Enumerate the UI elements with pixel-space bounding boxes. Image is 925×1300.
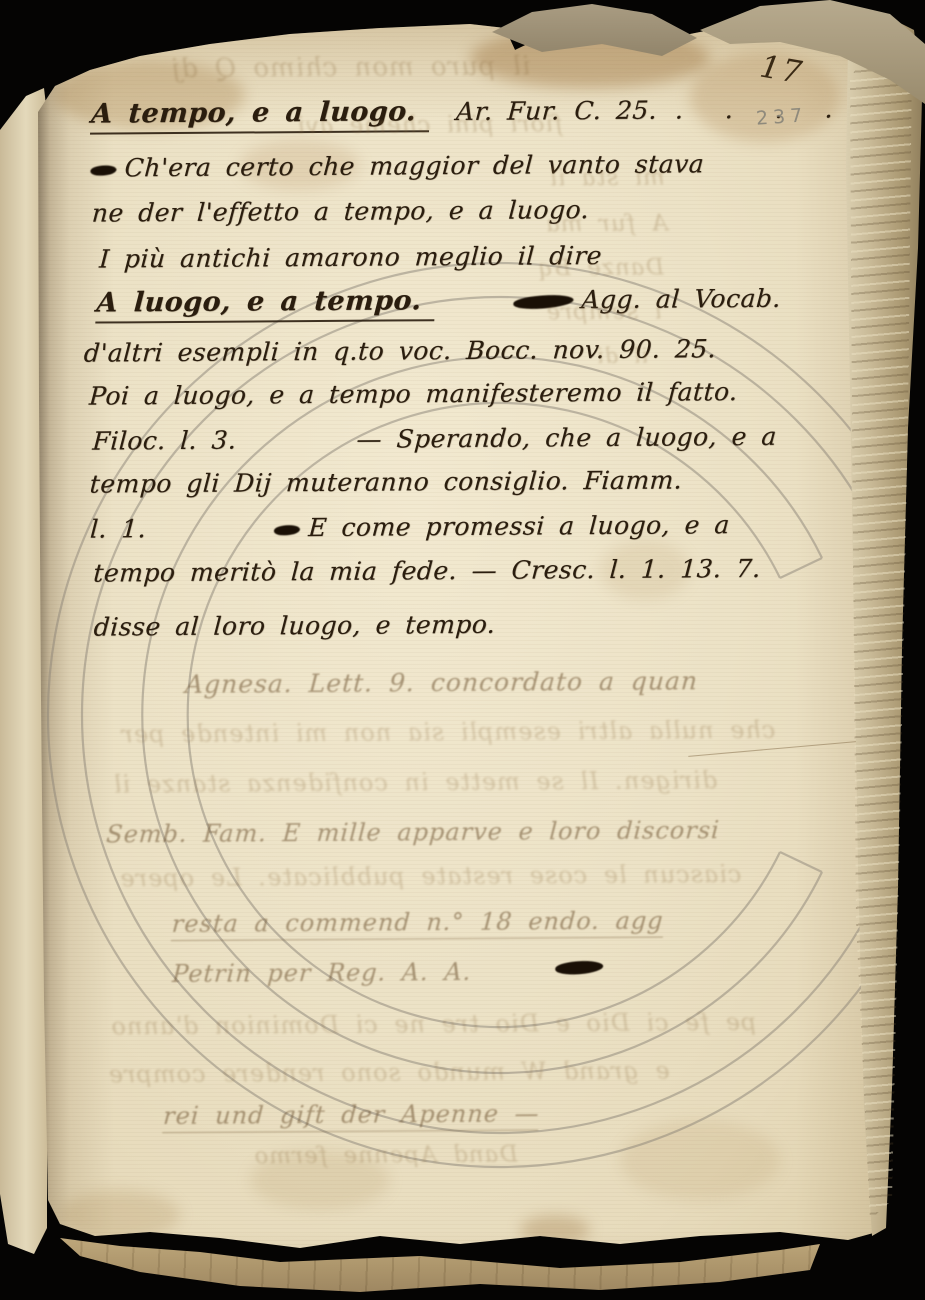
line-text: disse al loro luogo, e tempo. [93,610,497,642]
bleedthrough-line: e grand W mundo sono rendere compre [107,1057,671,1089]
bleedthrough-line: il puro mon chimo Q dj [170,52,531,85]
bleedthrough-line: pe fe ci Dio e Dio tre ne ci Dominion d'… [110,1008,758,1041]
bleedthrough-line: mi sta il [548,165,666,192]
line-text: — Sperando, che a luogo, e a [356,422,778,454]
line-text: E come promessi a luogo, e a [307,510,730,542]
manuscript-line: tempo meritò la mia fede. — Cresc. l. 1.… [93,554,762,588]
folio-number-pencil: 237 [755,104,808,130]
manuscript-line: Poi a luogo, e a tempo manifesteremo il … [88,377,738,411]
bleedthrough-line: i sempre [545,299,663,326]
bleedthrough-line: il di [595,344,649,368]
manuscript-text-block: A tempo, e a luogo.Ar. Fur. C. 25.. . . … [0,0,925,1300]
citation: l. 1. [89,514,147,543]
bleedthrough-line: ciascun le cose restate pubblicate. Le o… [119,860,743,892]
ink-blot [555,959,604,976]
line-text: I più antichi amarono meglio il dire [98,241,603,274]
bleedthrough-line: fiori pini cheme avi [296,111,564,139]
bleedthrough-line: Agnesa. Lett. 9. concordato a quan [184,666,699,699]
line-text: tempo gli Dij muteranno consiglio. Fiamm… [89,465,683,498]
bleedthrough-line: resta a commend n.° 18 endo. agg [171,907,665,938]
manuscript-line: l. 1.E come promessi a luogo, e a [89,510,730,543]
bleedthrough-line: A fur ma [544,211,669,238]
manuscript-line: I più antichi amarono meglio il dire [98,241,603,274]
bleedthrough-line: dirigen. Il se mette in confidenza stanz… [112,766,718,798]
manuscript-photo: A tempo, e a luogo.Ar. Fur. C. 25.. . . … [0,0,925,1300]
bleedthrough-line: Danze Bq [537,255,665,282]
manuscript-line: ne der l'effetto a tempo, e a luogo. [91,195,590,227]
manuscript-line: tempo gli Dij muteranno consiglio. Fiamm… [89,465,683,498]
trailing-dots: . . . . [656,94,847,124]
bleedthrough-line: Semb. Fam. E mille apparve e loro discor… [105,816,720,848]
manuscript-line: A luogo, e a tempo.Agg. al Vocab. [96,283,782,319]
ink-blot [90,164,116,176]
folio-number-ink: 17 [757,49,806,92]
entry-lemma: A luogo, e a tempo. [95,285,436,323]
line-text: Poi a luogo, e a tempo manifesteremo il … [88,377,738,411]
bleedthrough-layer: il puro mon chimo Q djfiori pini cheme a… [0,0,920,3]
bleedthrough-line: Dand Apenne fermo [253,1142,519,1170]
line-text: tempo meritò la mia fede. — Cresc. l. 1.… [93,554,762,588]
bleedthrough-line: Petrin per Reg. A. A. [171,958,472,988]
manuscript-page: A tempo, e a luogo.Ar. Fur. C. 25.. . . … [0,0,925,1300]
bleedthrough-line: che nulla altri esempli sia non mi inten… [120,716,777,749]
line-text: ne der l'effetto a tempo, e a luogo. [91,195,590,227]
bleedthrough-line: rei und gift der Apenne — [162,1099,540,1130]
citation: Filoc. l. 3. [92,426,238,456]
manuscript-line: disse al loro luogo, e tempo. [93,610,497,642]
manuscript-line: Filoc. l. 3.— Sperando, che a luogo, e a [92,422,778,456]
ink-blot [274,524,300,536]
